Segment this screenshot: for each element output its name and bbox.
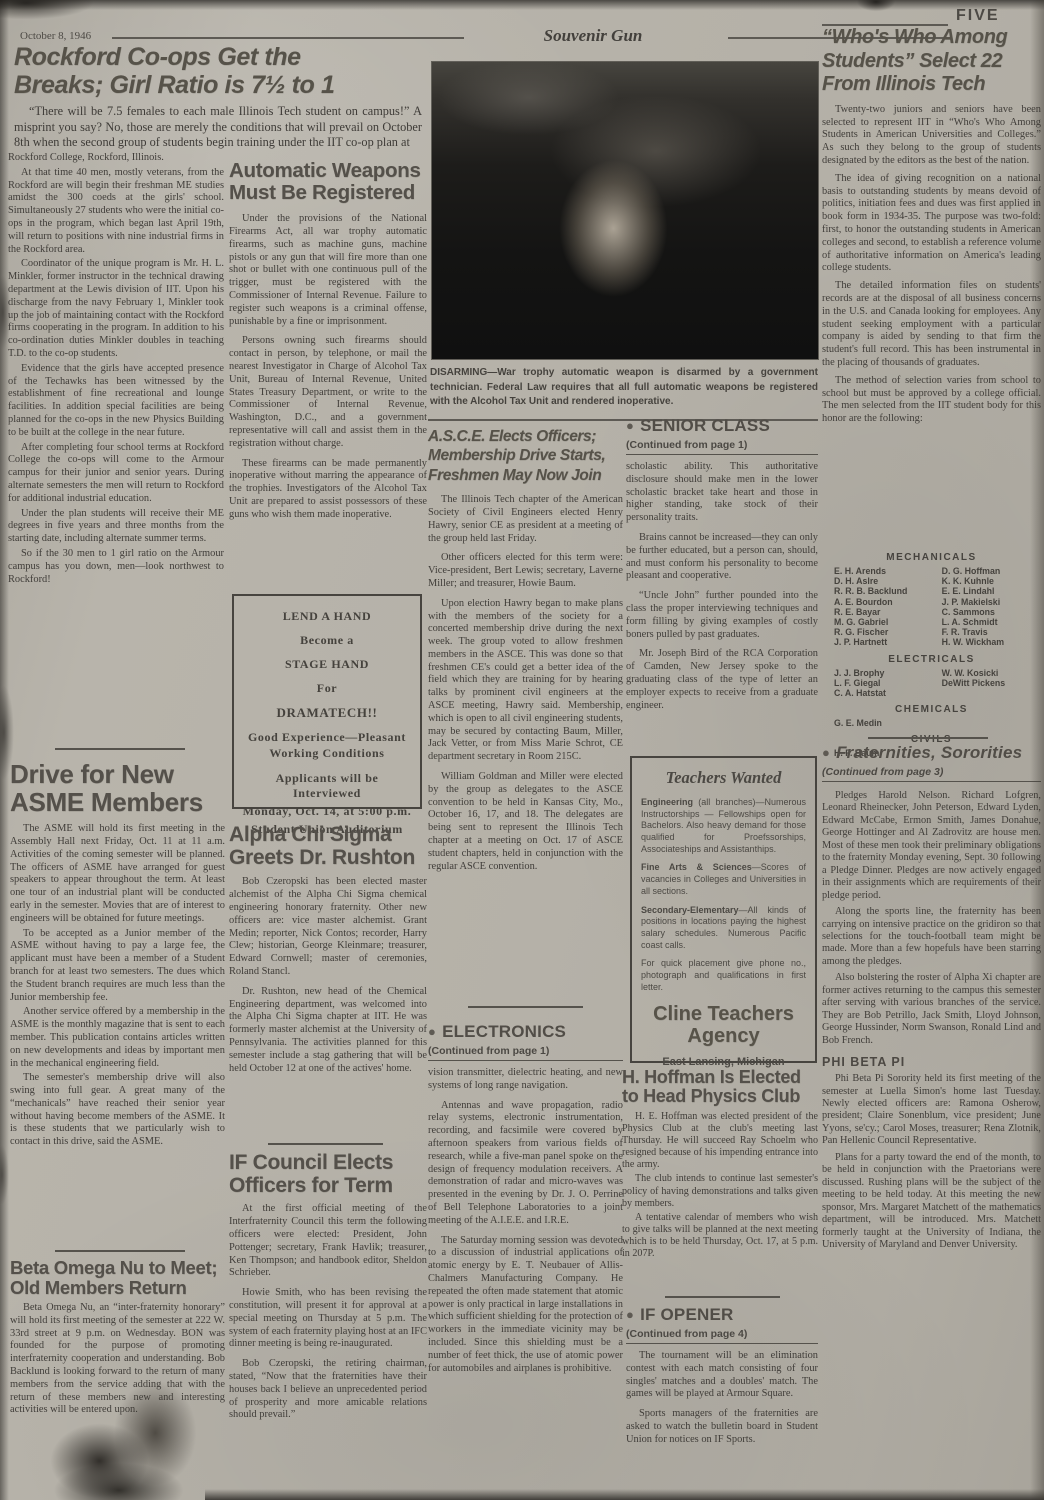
name-row: M. G. GabrielL. A. Schmidt: [822, 617, 1041, 627]
hoffman-headline: H. Hoffman Is Electedto Head Physics Clu…: [622, 1068, 818, 1107]
name-row: R. G. FischerF. R. Travis: [822, 627, 1041, 637]
beta-omega-body: Beta Omega Nu, an “inter-fraternity hono…: [10, 1302, 225, 1417]
scan-artifact-top-edge: [0, 0, 1044, 10]
page-number: FIVE: [956, 7, 1000, 25]
divider: [268, 1143, 383, 1145]
beta-omega-headline: Beta Omega Nu to Meet;Old Members Return: [10, 1258, 225, 1298]
ad-line: Become a: [242, 633, 412, 648]
name-row: E. H. ArendsD. G. Hoffman: [822, 566, 1041, 576]
photo-title: Souvenir Gun: [468, 26, 718, 46]
name-row: L. F. GiegalDeWitt Pickens: [822, 678, 1041, 688]
electronics-continued: (Continued from page 1): [428, 1043, 623, 1061]
name-row: R. R. B. BacklundE. E. Lindahl: [822, 586, 1041, 596]
electronics-headline: ●ELECTRONICS: [428, 1022, 623, 1042]
article-senior-class: ●SENIOR CLASS (Continued from page 1) sc…: [626, 416, 818, 719]
article-electronics: ●ELECTRONICS (Continued from page 1) vis…: [428, 1022, 623, 1382]
fraternities-continued: (Continued from page 3): [822, 764, 1041, 782]
divider: [468, 1006, 583, 1008]
name-row: C. A. Hatstat: [822, 688, 1041, 698]
name-row: J. J. BrophyW. W. Kosicki: [822, 668, 1041, 678]
divider: [55, 1250, 185, 1252]
fraternities-body: Pledges Harold Nelson. Richard Lofgren, …: [822, 790, 1041, 1251]
scan-artifact-blob: [0, 1145, 9, 1205]
ad-line: STAGE HAND: [242, 657, 412, 672]
name-row: A. E. BourdonJ. P. Makielski: [822, 597, 1041, 607]
ad-line: Good Experience—Pleasant: [242, 730, 412, 745]
scan-artifact-bottom-edge: [205, 1489, 1044, 1500]
article-if-opener: ●IF OPENER (Continued from page 4) The t…: [626, 1305, 818, 1454]
hoffman-body: H. E. Hoffman was elected president of t…: [622, 1111, 818, 1260]
name-row: J. P. HartnettH. W. Wickham: [822, 637, 1041, 647]
if-council-body: At the first official meeting of the Int…: [229, 1203, 427, 1422]
section-bullet-icon: ●: [626, 418, 634, 433]
if-opener-body: The tournament will be an elimination co…: [626, 1350, 818, 1447]
alpha-chi-body: Bob Czeropski has been elected master al…: [229, 876, 427, 1075]
teachers-ad-item: Fine Arts & Sciences—Scores of vacancies…: [641, 862, 806, 897]
divider: [665, 1296, 780, 1298]
asme-headline: Drive for NewASME Members: [10, 760, 225, 816]
article-alpha-chi-sigma: Alpha Chi SigmaGreets Dr. Rushton Bob Cz…: [229, 824, 427, 1082]
article-asce: A.S.C.E. Elects Officers;Membership Driv…: [428, 427, 623, 880]
if-council-headline: IF Council ElectsOfficers for Term: [229, 1152, 427, 1197]
group-title-mechanicals: MECHANICALS: [822, 552, 1041, 563]
if-opener-continued: (Continued from page 4): [626, 1326, 818, 1344]
name-row: D. H. AslreK. K. Kuhnle: [822, 576, 1041, 586]
article-rockford-coops: Rockford Co-ops Get theBreaks; Girl Rati…: [14, 44, 422, 151]
asme-body: The ASME will hold its first meeting in …: [10, 823, 225, 1149]
scan-artifact-top-left: [0, 0, 130, 30]
divider: [868, 737, 988, 739]
article-automatic-weapons: Automatic WeaponsMust Be Registered Unde…: [229, 160, 427, 529]
weapons-headline: Automatic WeaponsMust Be Registered: [229, 160, 427, 204]
ad-line: Applicants will be Interviewed: [242, 771, 412, 801]
teachers-ad-item: Secondary-Elementary—All kinds of positi…: [641, 905, 806, 952]
newspaper-page: October 8, 1946 Souvenir Gun FIVE Rockfo…: [0, 0, 1044, 1500]
dramatech-ad: LEND A HAND Become a STAGE HAND For DRAM…: [232, 594, 422, 809]
rockford-headline: Rockford Co-ops Get theBreaks; Girl Rati…: [14, 44, 422, 99]
section-bullet-icon: ●: [626, 1307, 634, 1322]
asce-headline: A.S.C.E. Elects Officers;Membership Driv…: [428, 427, 623, 485]
name-row: G. E. Medin: [822, 718, 1041, 728]
rockford-lead: “There will be 7.5 females to each male …: [14, 104, 422, 151]
ad-line: Monday, Oct. 14, at 5:00 p.m.: [242, 804, 412, 819]
teachers-ad-item: For quick placement give phone no., phot…: [641, 958, 806, 993]
name-row: R. E. BayarC. Sammons: [822, 607, 1041, 617]
ad-line: For: [242, 681, 412, 696]
whos-who-headline: “Who's Who AmongStudents” Select 22From …: [822, 26, 1041, 97]
rockford-column-text: Rockford College, Rockford, Illinois. At…: [8, 152, 224, 588]
ad-line: DRAMATECH!!: [242, 705, 412, 721]
asce-body: The Illinois Tech chapter of the America…: [428, 494, 623, 873]
teachers-ad-item: Engineering (all branches)—Numerous Inst…: [641, 797, 806, 855]
agency-name: Cline TeachersAgency: [641, 1003, 806, 1047]
senior-class-continued: (Continued from page 1): [626, 437, 818, 455]
section-bullet-icon: ●: [428, 1024, 436, 1039]
honor-roll-lists: MECHANICALS E. H. ArendsD. G. Hoffman D.…: [822, 546, 1041, 759]
group-title-electricals: ELECTRICALS: [822, 654, 1041, 665]
article-beta-omega-nu: Beta Omega Nu to Meet;Old Members Return…: [10, 1258, 225, 1419]
phi-beta-pi-subhead: PHI BETA PI: [822, 1055, 1041, 1069]
section-bullet-icon: ●: [822, 745, 830, 760]
issue-date: October 8, 1946: [20, 30, 91, 42]
senior-class-headline: ●SENIOR CLASS: [626, 416, 818, 436]
alpha-chi-headline: Alpha Chi SigmaGreets Dr. Rushton: [229, 824, 427, 869]
fraternities-headline: ●Fraternities, Sororities: [822, 743, 1041, 763]
article-whos-who: “Who's Who AmongStudents” Select 22From …: [822, 26, 1041, 428]
scan-artifact-top-notch: [852, 0, 900, 18]
weapons-body: Under the provisions of the National Fir…: [229, 213, 427, 521]
photo-caption: DISARMING—War trophy automatic weapon is…: [430, 366, 818, 410]
group-title-chemicals: CHEMICALS: [822, 704, 1041, 715]
souvenir-gun-photo: [432, 62, 818, 359]
ad-line: Working Conditions: [242, 746, 412, 761]
teachers-wanted-ad: Teachers Wanted Engineering (all branche…: [630, 756, 817, 1063]
senior-class-body: scholastic ability. This authoritative d…: [626, 461, 818, 712]
header-rule-left: [112, 37, 464, 39]
whos-who-body: Twenty-two juniors and seniors have been…: [822, 104, 1041, 426]
ad-line: LEND A HAND: [242, 609, 412, 624]
if-opener-headline: ●IF OPENER: [626, 1305, 818, 1325]
divider: [55, 748, 185, 750]
article-fraternities-sororities: ●Fraternities, Sororities (Continued fro…: [822, 743, 1041, 1253]
teachers-ad-title: Teachers Wanted: [641, 768, 806, 788]
article-if-council: IF Council ElectsOfficers for Term At th…: [229, 1152, 427, 1429]
article-asme-drive: Drive for NewASME Members The ASME will …: [10, 760, 225, 1151]
electronics-body: vision transmitter, dielectric heating, …: [428, 1067, 623, 1375]
article-hoffman-physics: H. Hoffman Is Electedto Head Physics Clu…: [622, 1068, 818, 1262]
